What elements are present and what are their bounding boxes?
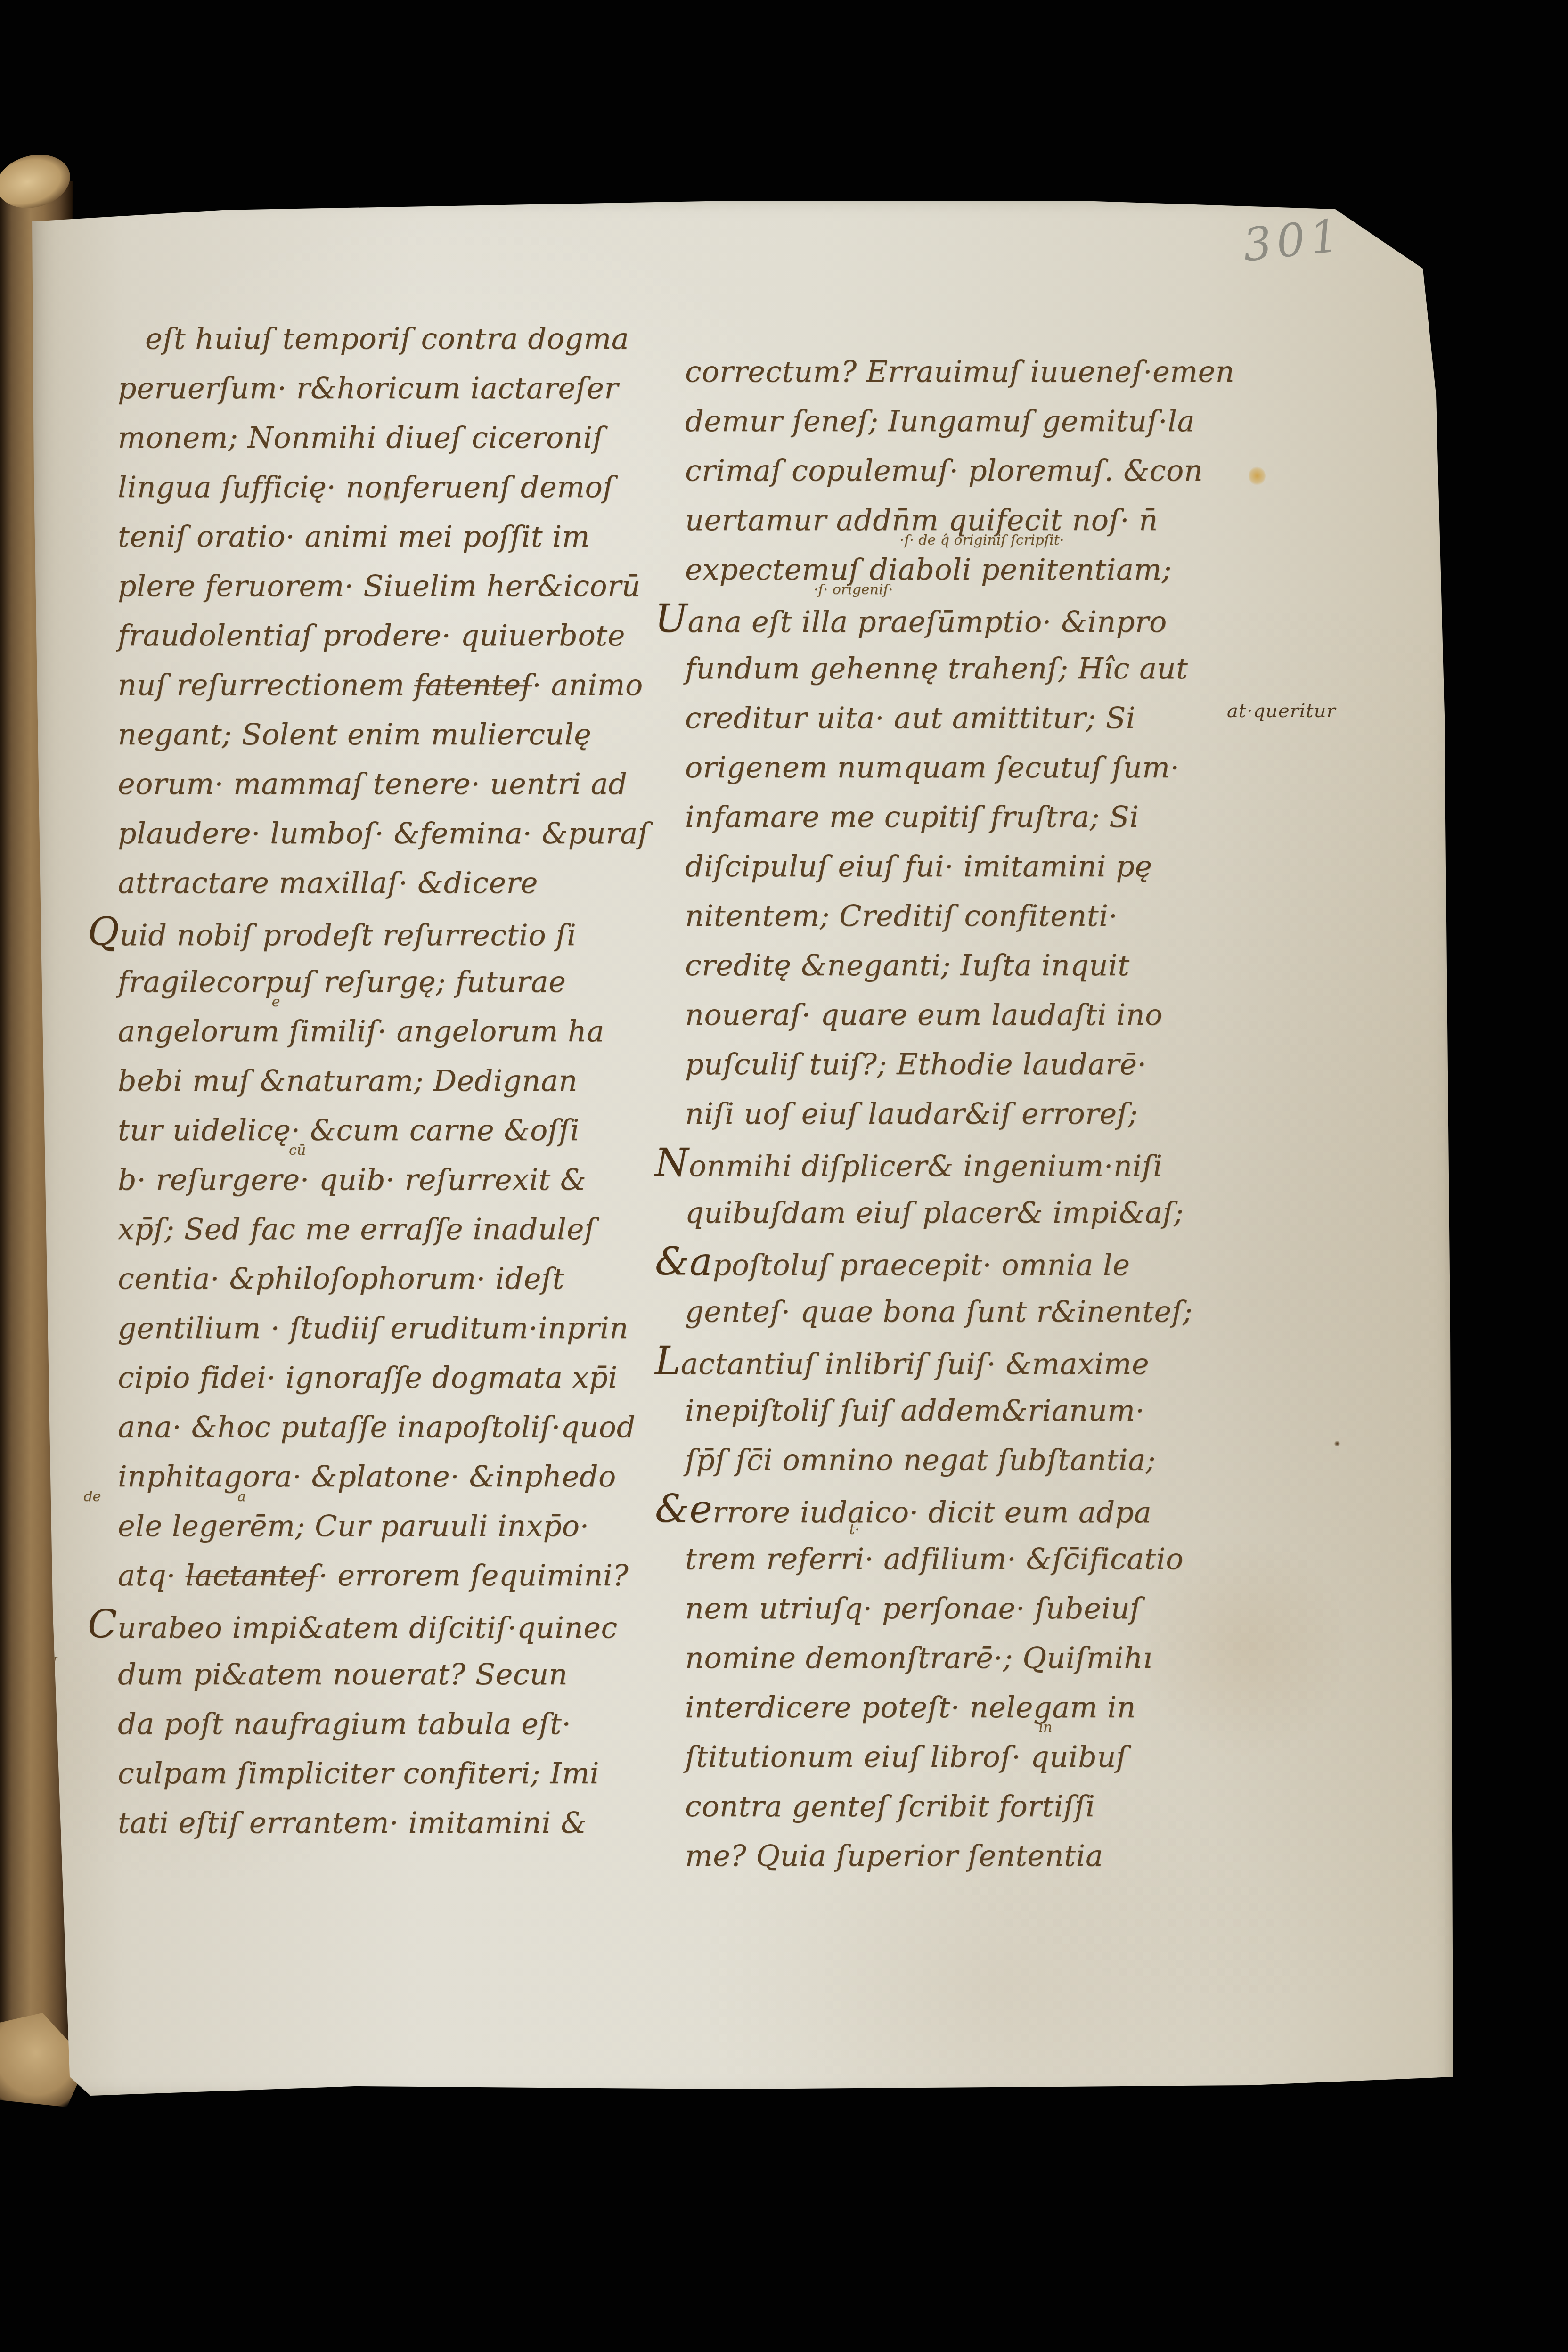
text-segment: plere feruorem· Siuelim her&icorū bbox=[118, 569, 641, 603]
expunged-word: lactanteſ bbox=[185, 1558, 318, 1592]
manuscript-line: lingua ſufficię· nonferuenſ demoſ bbox=[118, 462, 688, 512]
text-segment: teniſ oratio· animi mei poſſit im bbox=[118, 519, 590, 554]
text-segment: Lactantiuſ inlibriſ ſuiſ· &maxime bbox=[655, 1347, 1149, 1381]
manuscript-line: &apoſtoluſ praecepit· omnia le bbox=[655, 1237, 1316, 1287]
text-segment: eorum· mammaſ tenere· uentri ad bbox=[118, 767, 628, 801]
manuscript-line: expectemuſ diaboli penitentiam;·ſ· de q̂… bbox=[685, 545, 1316, 594]
manuscript-line: demur ſeneſ; Iungamuſ gemituſ·la bbox=[685, 396, 1316, 446]
text-segment: nuſ reſurrectionem bbox=[118, 668, 414, 702]
manuscript-line: Lactantiuſ inlibriſ ſuiſ· &maxime bbox=[655, 1336, 1316, 1386]
manuscript-line: teniſ oratio· animi mei poſſit im bbox=[118, 512, 688, 561]
manuscript-line: xp̄ſ; Sed fac me erraſſe inaduleſ bbox=[118, 1204, 688, 1254]
manuscript-line: angelorum ſimiliſ· angelorum hae bbox=[118, 1006, 688, 1056]
manuscript-line: infamare me cupitiſ fruſtra; Si bbox=[685, 792, 1316, 841]
text-segment: atq· bbox=[118, 1558, 185, 1592]
text-segment: centia· &philoſophorum· ideſt bbox=[118, 1261, 564, 1296]
text-segment: noueraſ· quare eum laudaſti ino bbox=[685, 997, 1163, 1032]
manuscript-line: ele legerēm; Cur paruuli inxp̄o·ade bbox=[118, 1501, 688, 1551]
text-segment: nitentem; Creditiſ confitenti· bbox=[685, 898, 1118, 933]
interlinear-gloss: e bbox=[272, 995, 280, 1009]
manuscript-line: inphitagora· &platone· &inphedo bbox=[118, 1452, 688, 1501]
manuscript-line: plaudere· lumboſ· &femina· &puraſ bbox=[118, 808, 688, 858]
text-segment: niſi uoſ eiuſ laudar&iſ erroreſ; bbox=[685, 1096, 1138, 1131]
text-segment: attractare maxillaſ· &dicere bbox=[118, 866, 538, 900]
manuscript-line: monem; Nonmihi diueſ ciceroniſ bbox=[118, 413, 688, 462]
interlinear-gloss: de bbox=[83, 1490, 101, 1504]
text-segment: diſcipuluſ eiuſ fui· imitamini pę bbox=[685, 849, 1152, 883]
text-segment: lingua ſufficię· nonferuenſ demoſ bbox=[118, 470, 614, 504]
margin-note-queritur: at·queritur bbox=[1227, 700, 1336, 722]
text-segment: Curabeo impi&atem diſcitiſ·quinec bbox=[88, 1610, 618, 1645]
text-segment: bebi muſ &naturam; Dedignan bbox=[118, 1063, 578, 1098]
manuscript-line: fraudolentiaſ prodere· quiuerbote bbox=[118, 611, 688, 660]
text-segment: me? Quia ſuperior ſententia bbox=[685, 1838, 1103, 1873]
interlinear-gloss: ·ſ· origeniſ· bbox=[814, 583, 893, 597]
text-segment: origenem numquam ſecutuſ ſum· bbox=[685, 750, 1180, 784]
interlinear-gloss: a bbox=[237, 1490, 246, 1504]
manuscript-line: tur uidelicę· &cum carne &oſſi bbox=[118, 1105, 688, 1155]
text-segment: nem utriuſq· perſonae· ſubeiuſ bbox=[685, 1591, 1141, 1625]
manuscript-line: negant; Solent enim mulierculę bbox=[118, 710, 688, 759]
manuscript-line: cipio fidei· ignoraſſe dogmata xp̄i bbox=[118, 1353, 688, 1402]
manuscript-line: contra genteſ ſcribit fortiſſi bbox=[685, 1781, 1316, 1831]
text-segment: correctum? Errauimuſ iuueneſ·emen bbox=[685, 354, 1234, 389]
interlinear-gloss: ·ſ· de q̂ originiſ ſcripſit· bbox=[900, 533, 1064, 547]
manuscript-line: attractare maxillaſ· &dicere bbox=[118, 858, 688, 907]
text-segment: · animo bbox=[532, 668, 643, 702]
text-segment: infamare me cupitiſ fruſtra; Si bbox=[685, 800, 1139, 834]
stain bbox=[1146, 1526, 1344, 1771]
manuscript-line: creditur uita· aut amittitur; Si bbox=[685, 693, 1316, 743]
text-segment: &errore iudaico· dicit eum adpa bbox=[655, 1495, 1151, 1529]
expunged-word: fatenteſ bbox=[414, 668, 532, 702]
manuscript-line: correctum? Errauimuſ iuueneſ·emen bbox=[685, 347, 1316, 396]
text-segment: contra genteſ ſcribit fortiſſi bbox=[685, 1789, 1095, 1823]
text-segment: crimaſ copulemuſ· ploremuſ. &con bbox=[685, 453, 1203, 488]
text-segment: inepiſtoliſ ſuiſ addem&rianum· bbox=[685, 1393, 1145, 1428]
text-segment: &apoſtoluſ praecepit· omnia le bbox=[655, 1248, 1130, 1282]
text-segment: Uana eſt illa praeſūmptio· &inpro bbox=[655, 604, 1167, 639]
manuscript-line: da poſt naufragium tabula eſt· bbox=[118, 1699, 688, 1748]
speck bbox=[383, 494, 390, 501]
text-segment: peruerſum· r&horicum iactareſer bbox=[118, 371, 619, 405]
manuscript-line: origenem numquam ſecutuſ ſum· bbox=[685, 743, 1316, 792]
manuscript-line: plere feruorem· Siuelim her&icorū bbox=[118, 561, 688, 611]
text-segment: Nonmihi diſplicer& ingenium·niſi bbox=[655, 1149, 1163, 1183]
text-segment: cipio fidei· ignoraſſe dogmata xp̄i bbox=[118, 1360, 618, 1395]
manuscript-line: Uana eſt illa praeſūmptio· &inpro·ſ· ori… bbox=[655, 594, 1316, 644]
text-segment: negant; Solent enim mulierculę bbox=[118, 717, 591, 751]
text-segment: ſp̄ſ ſc̄i omnino negat ſubſtantia; bbox=[685, 1443, 1156, 1477]
manuscript-line: b· reſurgere· quib· reſurrexit &cū bbox=[118, 1155, 688, 1204]
column-left: eſt huiuſ temporiſ contra dogmaperuerſum… bbox=[118, 314, 688, 1847]
text-segment: gentilium · ſtudiiſ eruditum·inprin bbox=[118, 1311, 629, 1345]
manuscript-line: dum pi&atem nouerat? Secun bbox=[118, 1650, 688, 1699]
interlinear-gloss: in bbox=[1038, 1721, 1052, 1735]
manuscript-line: nuſ reſurrectionem fatenteſ· animo bbox=[118, 660, 688, 710]
manuscript-line: eorum· mammaſ tenere· uentri ad bbox=[118, 759, 688, 808]
manuscript-line: centia· &philoſophorum· ideſt bbox=[118, 1254, 688, 1303]
manuscript-line: ſp̄ſ ſc̄i omnino negat ſubſtantia; bbox=[685, 1435, 1316, 1485]
text-segment: culpam ſimpliciter confiteri; Imi bbox=[118, 1756, 599, 1790]
manuscript-line: crimaſ copulemuſ· ploremuſ. &con bbox=[685, 446, 1316, 495]
manuscript-line: fragilecorpuſ reſurgę; futurae bbox=[118, 957, 688, 1006]
folio-number: 301 bbox=[1241, 209, 1346, 272]
manuscript-line: Curabeo impi&atem diſcitiſ·quinec bbox=[88, 1600, 688, 1650]
manuscript-line: genteſ· quae bona ſunt r&inenteſ; bbox=[685, 1287, 1316, 1336]
text-segment: eſt huiuſ temporiſ contra dogma bbox=[145, 321, 629, 356]
text-segment: puſculiſ tuiſ?; Ethodie laudarē· bbox=[685, 1047, 1147, 1081]
manuscript-line: noueraſ· quare eum laudaſti ino bbox=[685, 990, 1316, 1039]
text-segment: tur uidelicę· &cum carne &oſſi bbox=[118, 1113, 580, 1147]
text-segment: creditę &neganti; Iuſta inquit bbox=[685, 948, 1130, 982]
text-segment: creditur uita· aut amittitur; Si bbox=[685, 701, 1135, 735]
manuscript-line: nitentem; Creditiſ confitenti· bbox=[685, 891, 1316, 940]
text-segment: ele legerēm; Cur paruuli inxp̄o· bbox=[118, 1509, 589, 1543]
manuscript-line: Quid nobiſ prodeſt reſurrectio ſi bbox=[88, 907, 688, 957]
stain bbox=[1249, 466, 1266, 485]
manuscript-photo: 301 eſt huiuſ temporiſ contra dogmaperue… bbox=[0, 0, 1568, 2352]
manuscript-line: eſt huiuſ temporiſ contra dogma bbox=[145, 314, 688, 363]
text-segment: nomine demonſtrarē·; Quiſmihı bbox=[685, 1641, 1152, 1675]
speck bbox=[1334, 1441, 1340, 1446]
text-segment: demur ſeneſ; Iungamuſ gemituſ·la bbox=[685, 404, 1195, 438]
text-segment: tati eſtiſ errantem· imitamini & bbox=[118, 1805, 587, 1840]
interlinear-gloss: t· bbox=[849, 1523, 859, 1537]
manuscript-line: ana· &hoc putaſſe inapoſtoliſ·quod bbox=[118, 1402, 688, 1452]
manuscript-line: inepiſtoliſ ſuiſ addem&rianum· bbox=[685, 1386, 1316, 1435]
manuscript-line: bebi muſ &naturam; Dedignan bbox=[118, 1056, 688, 1105]
manuscript-line: niſi uoſ eiuſ laudar&iſ erroreſ; bbox=[685, 1089, 1316, 1138]
manuscript-line: quibuſdam eiuſ placer& impi&aſ; bbox=[685, 1188, 1316, 1237]
parchment-page: 301 eſt huiuſ temporiſ contra dogmaperue… bbox=[24, 197, 1453, 2099]
text-segment: monem; Nonmihi diueſ ciceroniſ bbox=[118, 420, 604, 455]
text-segment: dum pi&atem nouerat? Secun bbox=[118, 1657, 568, 1691]
manuscript-line: culpam ſimpliciter confiteri; Imi bbox=[118, 1748, 688, 1798]
text-segment: xp̄ſ; Sed fac me erraſſe inaduleſ bbox=[118, 1212, 595, 1246]
text-segment: fragilecorpuſ reſurgę; futurae bbox=[118, 964, 566, 999]
manuscript-line: tati eſtiſ errantem· imitamini & bbox=[118, 1798, 688, 1847]
manuscript-line: &errore iudaico· dicit eum adpa bbox=[655, 1485, 1316, 1534]
text-segment: expectemuſ diaboli penitentiam; bbox=[685, 552, 1172, 587]
text-segment: inphitagora· &platone· &inphedo bbox=[118, 1459, 616, 1494]
text-segment: quibuſdam eiuſ placer& impi&aſ; bbox=[685, 1195, 1184, 1230]
manuscript-line: peruerſum· r&horicum iactareſer bbox=[118, 363, 688, 413]
text-segment: b· reſurgere· quib· reſurrexit & bbox=[118, 1162, 586, 1197]
interlinear-gloss: cū bbox=[289, 1143, 306, 1158]
text-segment: Quid nobiſ prodeſt reſurrectio ſi bbox=[88, 918, 576, 952]
text-segment: trem referri· adfilium· &ſc̄ificatio bbox=[685, 1542, 1184, 1576]
manuscript-line: fundum gehennę trahenſ; Hîc aut bbox=[685, 644, 1316, 693]
text-segment: plaudere· lumboſ· &femina· &puraſ bbox=[118, 816, 649, 850]
text-segment: fraudolentiaſ prodere· quiuerbote bbox=[118, 618, 625, 653]
text-segment: fundum gehennę trahenſ; Hîc aut bbox=[685, 651, 1188, 686]
manuscript-line: me? Quia ſuperior ſententia bbox=[685, 1831, 1316, 1880]
manuscript-line: diſcipuluſ eiuſ fui· imitamini pę bbox=[685, 841, 1316, 891]
manuscript-line: creditę &neganti; Iuſta inquit bbox=[685, 940, 1316, 990]
text-segment: da poſt naufragium tabula eſt· bbox=[118, 1707, 572, 1741]
text-segment: ſtitutionum eiuſ libroſ· quibuſ bbox=[685, 1739, 1127, 1774]
manuscript-line: gentilium · ſtudiiſ eruditum·inprin bbox=[118, 1303, 688, 1353]
text-segment: genteſ· quae bona ſunt r&inenteſ; bbox=[685, 1294, 1192, 1329]
manuscript-line: atq· lactanteſ· errorem ſequimini? bbox=[118, 1551, 688, 1600]
text-segment: angelorum ſimiliſ· angelorum ha bbox=[118, 1014, 604, 1048]
manuscript-line: puſculiſ tuiſ?; Ethodie laudarē· bbox=[685, 1039, 1316, 1089]
text-segment: interdicere poteſt· nelegam in bbox=[685, 1690, 1136, 1724]
manuscript-line: Nonmihi diſplicer& ingenium·niſi bbox=[655, 1138, 1316, 1188]
text-segment: ana· &hoc putaſſe inapoſtoliſ·quod bbox=[118, 1410, 636, 1444]
text-segment: · errorem ſequimini? bbox=[318, 1558, 629, 1592]
